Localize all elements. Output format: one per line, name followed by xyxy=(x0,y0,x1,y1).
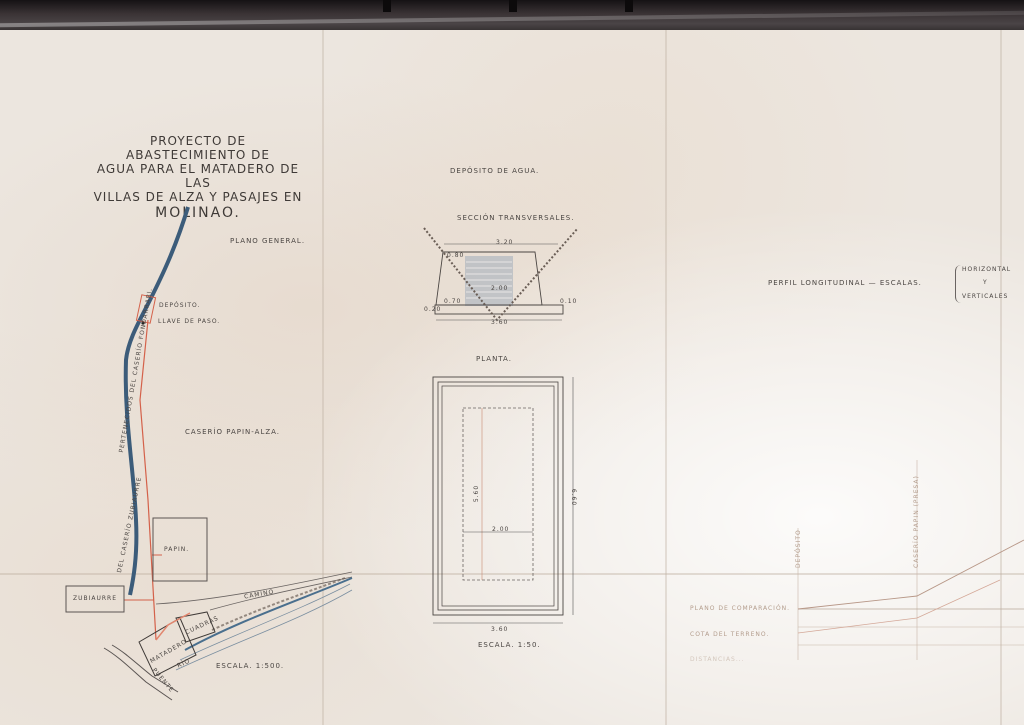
series-rasante xyxy=(798,540,1024,609)
row-label-comparison: Plano de comparación. xyxy=(690,605,790,612)
station-deposito: Depósito xyxy=(795,529,802,568)
series-terreno xyxy=(798,580,1000,633)
row-label-distances: Distancias... xyxy=(690,656,745,663)
station-caserio-papin: Caserío Papin (Presa) xyxy=(913,475,920,568)
profile-chart xyxy=(0,0,1024,725)
row-label-terrain: Cota del terreno. xyxy=(690,631,769,638)
